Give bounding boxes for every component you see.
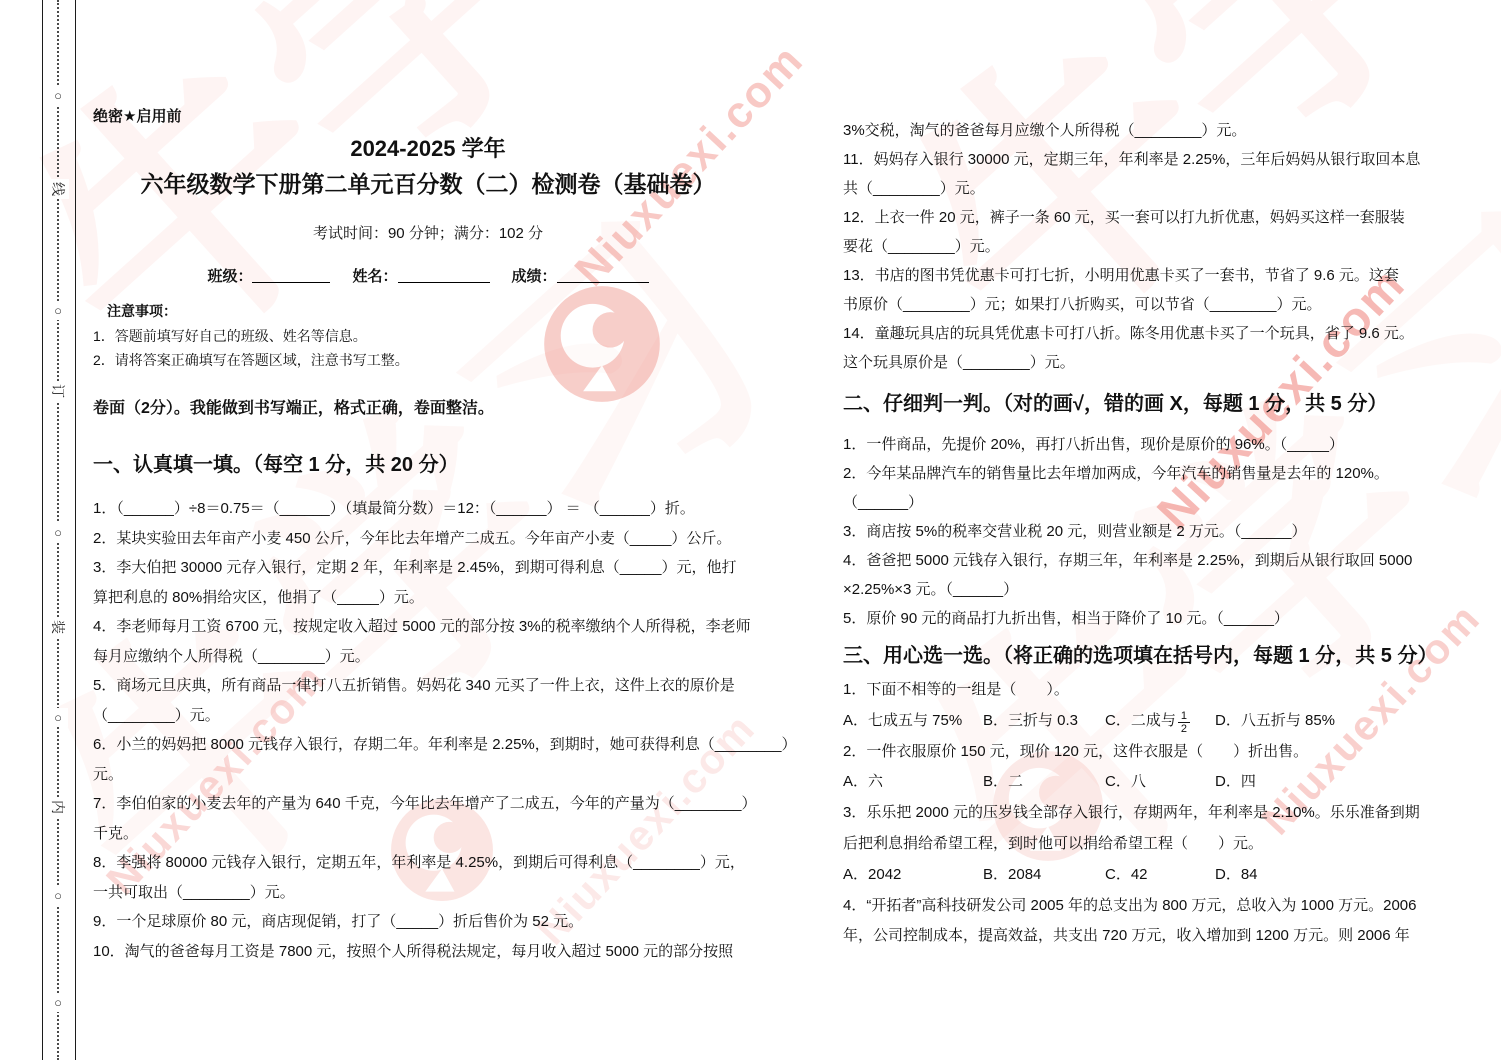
question-line: 5．商场元旦庆典，所有商品一律打八五折销售。妈妈花 340 元买了一件上衣，这件…: [93, 671, 763, 701]
choice-question-line: 年，公司控制成本，提高效益，共支出 720 万元，收入增加到 1200 万元。则…: [843, 921, 1418, 952]
binding-circle: ○: [48, 993, 68, 1012]
question-line: 6．小兰的妈妈把 8000 元钱存入银行，存期二年。年利率是 2.25%，到期时…: [93, 730, 763, 760]
question-line: 书原价（________）元；如果打八折购买，可以节省（________）元。: [843, 290, 1418, 319]
question-line: 13．书店的图书凭优惠卡可打七折，小明用优惠卡买了一套书，节省了 9.6 元。这…: [843, 261, 1418, 290]
choice-question-line: 3．乐乐把 2000 元的压岁钱全部存入银行，存期两年，年利率是 2.10%。乐…: [843, 798, 1418, 829]
exam-meta: 考试时间：90 分钟；满分：102 分: [93, 222, 763, 243]
option-b: B．二: [983, 767, 1105, 798]
binding-circle: ○: [48, 523, 68, 542]
class-label: 班级：: [207, 268, 252, 285]
question-line: 8．李强将 80000 元钱存入银行，定期五年，年利率是 4.25%，到期后可得…: [93, 848, 763, 878]
option-a: A．2042: [843, 860, 983, 891]
binding-circle: ○: [48, 301, 68, 320]
question-line: 元。: [93, 760, 763, 790]
binding-line-inner: [75, 0, 76, 1060]
section3-heading: 三、用心选一选。（将正确的选项填在括号内，每题 1 分，共 5 分）: [843, 643, 1418, 670]
question-line: 每月应缴纳个人所得税（________）元。: [93, 642, 763, 672]
option-c: C．八: [1105, 767, 1215, 798]
option-c: C．42: [1105, 860, 1215, 891]
option-d: D．84: [1215, 860, 1418, 891]
student-info-row: 班级：姓名：成绩：: [93, 265, 763, 286]
question-line: 14．童趣玩具店的玩具凭优惠卡可打八折。陈冬用优惠卡买了一个玩具，省了 9.6 …: [843, 319, 1418, 348]
binding-char-zhuang: 装: [47, 617, 69, 637]
binding-line-outer: [42, 0, 43, 1060]
question-line: 3．李大伯把 30000 元存入银行，定期 2 年，年利率是 2.45%，到期可…: [93, 553, 763, 583]
binding-circle: ○: [48, 708, 68, 727]
option-b: B．2084: [983, 860, 1105, 891]
choice-options-row: A．六 B．二 C．八 D．四: [843, 767, 1418, 798]
notice-title: 注意事项：: [107, 301, 763, 321]
option-a: A．六: [843, 767, 983, 798]
name-blank: [398, 268, 490, 283]
paper-neatness-note: 卷面（2分）。我能做到书写端正，格式正确，卷面整洁。: [93, 395, 763, 418]
judge-line: ×2.25%×3 元。（______）: [843, 575, 1418, 604]
binding-margin: ○ 线 ○ 订 ○ 装 ○ 内 ○ ○: [0, 0, 80, 1060]
question-line: 12．上衣一件 20 元，裤子一条 60 元，买一套可以打九折优惠，妈妈买这样一…: [843, 203, 1418, 232]
judge-line: 1．一件商品，先提价 20%，再打八折出售，现价是原价的 96%。（_____）: [843, 430, 1418, 459]
choice-question-line: 4．“开拓者”高科技研发公司 2005 年的总支出为 800 万元，总收入为 1…: [843, 891, 1418, 922]
security-notice: 绝密★启用前: [93, 105, 763, 126]
fraction-denominator: 2: [1178, 723, 1190, 735]
score-blank: [557, 268, 649, 283]
option-a: A．七成五与 75%: [843, 706, 983, 737]
question-line: 这个玩具原价是（________）元。: [843, 348, 1418, 377]
notice-item: 2．请将答案正确填写在答题区域，注意书写工整。: [93, 351, 763, 369]
question-line: 算把利息的 80%捐给灾区，他捐了（_____）元。: [93, 583, 763, 613]
question-line: 7．李伯伯家的小麦去年的产量为 640 千克，今年比去年增产了二成五，今年的产量…: [93, 789, 763, 819]
fraction-numerator: 1: [1178, 710, 1190, 723]
question-line: 要花（________）元。: [843, 232, 1418, 261]
question-line: 千克。: [93, 819, 763, 849]
binding-circle: ○: [48, 86, 68, 105]
binding-char-nei: 内: [47, 797, 69, 817]
choice-options-row: A．2042 B．2084 C．42 D．84: [843, 860, 1418, 891]
question-line: 4．李老师每月工资 6700 元，按规定收入超过 5000 元的部分按 3%的税…: [93, 612, 763, 642]
choice-question-line: 1．下面不相等的一组是（ ）。: [843, 675, 1418, 706]
notice-item: 1．答题前填写好自己的班级、姓名等信息。: [93, 327, 763, 345]
exam-main-title: 六年级数学下册第二单元百分数（二）检测卷（基础卷）: [93, 170, 763, 198]
question-line: 3%交税，淘气的爸爸每月应缴个人所得税（________）元。: [843, 116, 1418, 145]
fraction-one-half: 12: [1178, 710, 1190, 735]
judge-line: 3．商店按 5%的税率交营业税 20 元，则营业额是 2 万元。（______）: [843, 517, 1418, 546]
binding-char-xian: 线: [47, 179, 69, 199]
judge-line: （______）: [843, 488, 1418, 517]
binding-circle: ○: [48, 886, 68, 905]
question-line: 一共可取出（________）元。: [93, 878, 763, 908]
question-line: 11．妈妈存入银行 30000 元，定期三年，年利率是 2.25%，三年后妈妈从…: [843, 145, 1418, 174]
question-line: （________）元。: [93, 701, 763, 731]
section2-heading: 二、仔细判一判。（对的画√，错的画 X，每题 1 分，共 5 分）: [843, 391, 1418, 418]
choice-question-line: 2．一件衣服原价 150 元，现价 120 元，这件衣服是（ ）折出售。: [843, 737, 1418, 768]
choice-options-row: A．七成五与 75% B．三折与 0.3 C．二成与12 D．八五折与 85%: [843, 706, 1418, 737]
judge-line: 5．原价 90 元的商品打九折出售，相当于降价了 10 元。（______）: [843, 604, 1418, 633]
right-column: 3%交税，淘气的爸爸每月应缴个人所得税（________）元。 11．妈妈存入银…: [843, 116, 1418, 952]
class-blank: [252, 268, 330, 283]
option-c-text: C．二成与: [1105, 712, 1176, 729]
binding-char-ding: 订: [47, 381, 69, 401]
option-d: D．八五折与 85%: [1215, 706, 1418, 737]
judge-line: 2．今年某品牌汽车的销售量比去年增加两成，今年汽车的销售量是去年的 120%。: [843, 459, 1418, 488]
question-line: 9．一个足球原价 80 元，商店现促销，打了（_____）折后售价为 52 元。: [93, 907, 763, 937]
exam-year-title: 2024-2025 学年: [93, 136, 763, 162]
choice-question-line: 后把利息捐给希望工程，到时他可以捐给希望工程（ ）元。: [843, 829, 1418, 860]
score-label: 成绩：: [512, 268, 557, 285]
question-line: 10．淘气的爸爸每月工资是 7800 元，按照个人所得税法规定，每月收入超过 5…: [93, 937, 763, 967]
question-line: 1．（______）÷8＝0.75＝（______）（填最简分数）＝12：（__…: [93, 494, 763, 524]
judge-line: 4．爸爸把 5000 元钱存入银行，存期三年，年利率是 2.25%，到期后从银行…: [843, 546, 1418, 575]
question-line: 共（________）元。: [843, 174, 1418, 203]
option-b: B．三折与 0.3: [983, 706, 1105, 737]
name-label: 姓名：: [352, 268, 397, 285]
option-c: C．二成与12: [1105, 706, 1215, 737]
section1-heading: 一、认真填一填。（每空 1 分，共 20 分）: [93, 452, 763, 478]
question-line: 2．某块实验田去年亩产小麦 450 公斤，今年比去年增产二成五。今年亩产小麦（_…: [93, 524, 763, 554]
option-d: D．四: [1215, 767, 1418, 798]
left-column: 绝密★启用前 2024-2025 学年 六年级数学下册第二单元百分数（二）检测卷…: [93, 105, 763, 966]
exam-paper-page: 牛学习 牛学习 牛学习 牛学习 Niuxuexi.com Niuxuexi.co…: [0, 0, 1501, 1060]
